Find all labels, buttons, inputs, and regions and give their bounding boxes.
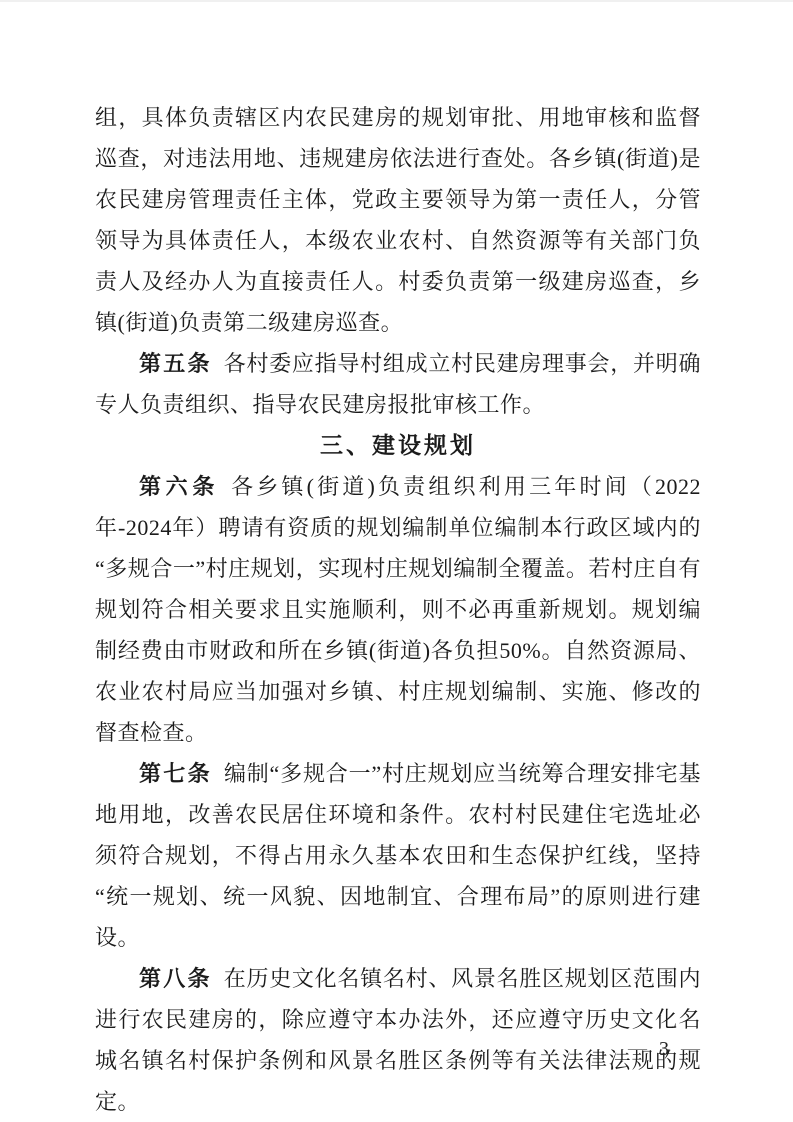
page-number-dash-left: —: [628, 1038, 647, 1060]
article-6-paragraph: 第六条各乡镇(街道)负责组织利用三年时间（2022年-2024年）聘请有资质的规…: [95, 466, 701, 753]
article-6-text: 各乡镇(街道)负责组织利用三年时间（2022年-2024年）聘请有资质的规划编制…: [95, 474, 701, 745]
article-6-number: 第六条: [139, 474, 219, 499]
paragraph-continuation: 组，具体负责辖区内农民建房的规划审批、用地审核和监督巡查，对违法用地、违规建房依…: [95, 97, 701, 343]
article-5-paragraph: 第五条各村委应指导村组成立村民建房理事会，并明确专人负责组织、指导农民建房报批审…: [95, 343, 701, 425]
section-heading: 三、建设规划: [95, 425, 701, 466]
article-8-number: 第八条: [139, 966, 212, 991]
article-7-number: 第七条: [139, 761, 212, 786]
article-7-paragraph: 第七条编制“多规合一”村庄规划应当统筹合理安排宅基地用地，改善农民居住环境和条件…: [95, 753, 701, 958]
document-page: 组，具体负责辖区内农民建房的规划审批、用地审核和监督巡查，对违法用地、违规建房依…: [0, 0, 793, 1122]
page-number-dash-right: —: [681, 1038, 700, 1060]
article-7-text: 编制“多规合一”村庄规划应当统筹合理安排宅基地用地，改善农民居住环境和条件。农村…: [95, 761, 701, 950]
article-5-number: 第五条: [139, 351, 212, 376]
page-number-value: 3: [659, 1038, 669, 1060]
article-8-paragraph: 第八条在历史文化名镇名村、风景名胜区规划区范围内进行农民建房的，除应遵守本办法外…: [95, 958, 701, 1122]
scan-edge-artifact: [0, 0, 793, 2]
document-body: 组，具体负责辖区内农民建房的规划审批、用地审核和监督巡查，对违法用地、违规建房依…: [95, 97, 701, 1122]
page-number: — 3 —: [628, 1038, 700, 1060]
